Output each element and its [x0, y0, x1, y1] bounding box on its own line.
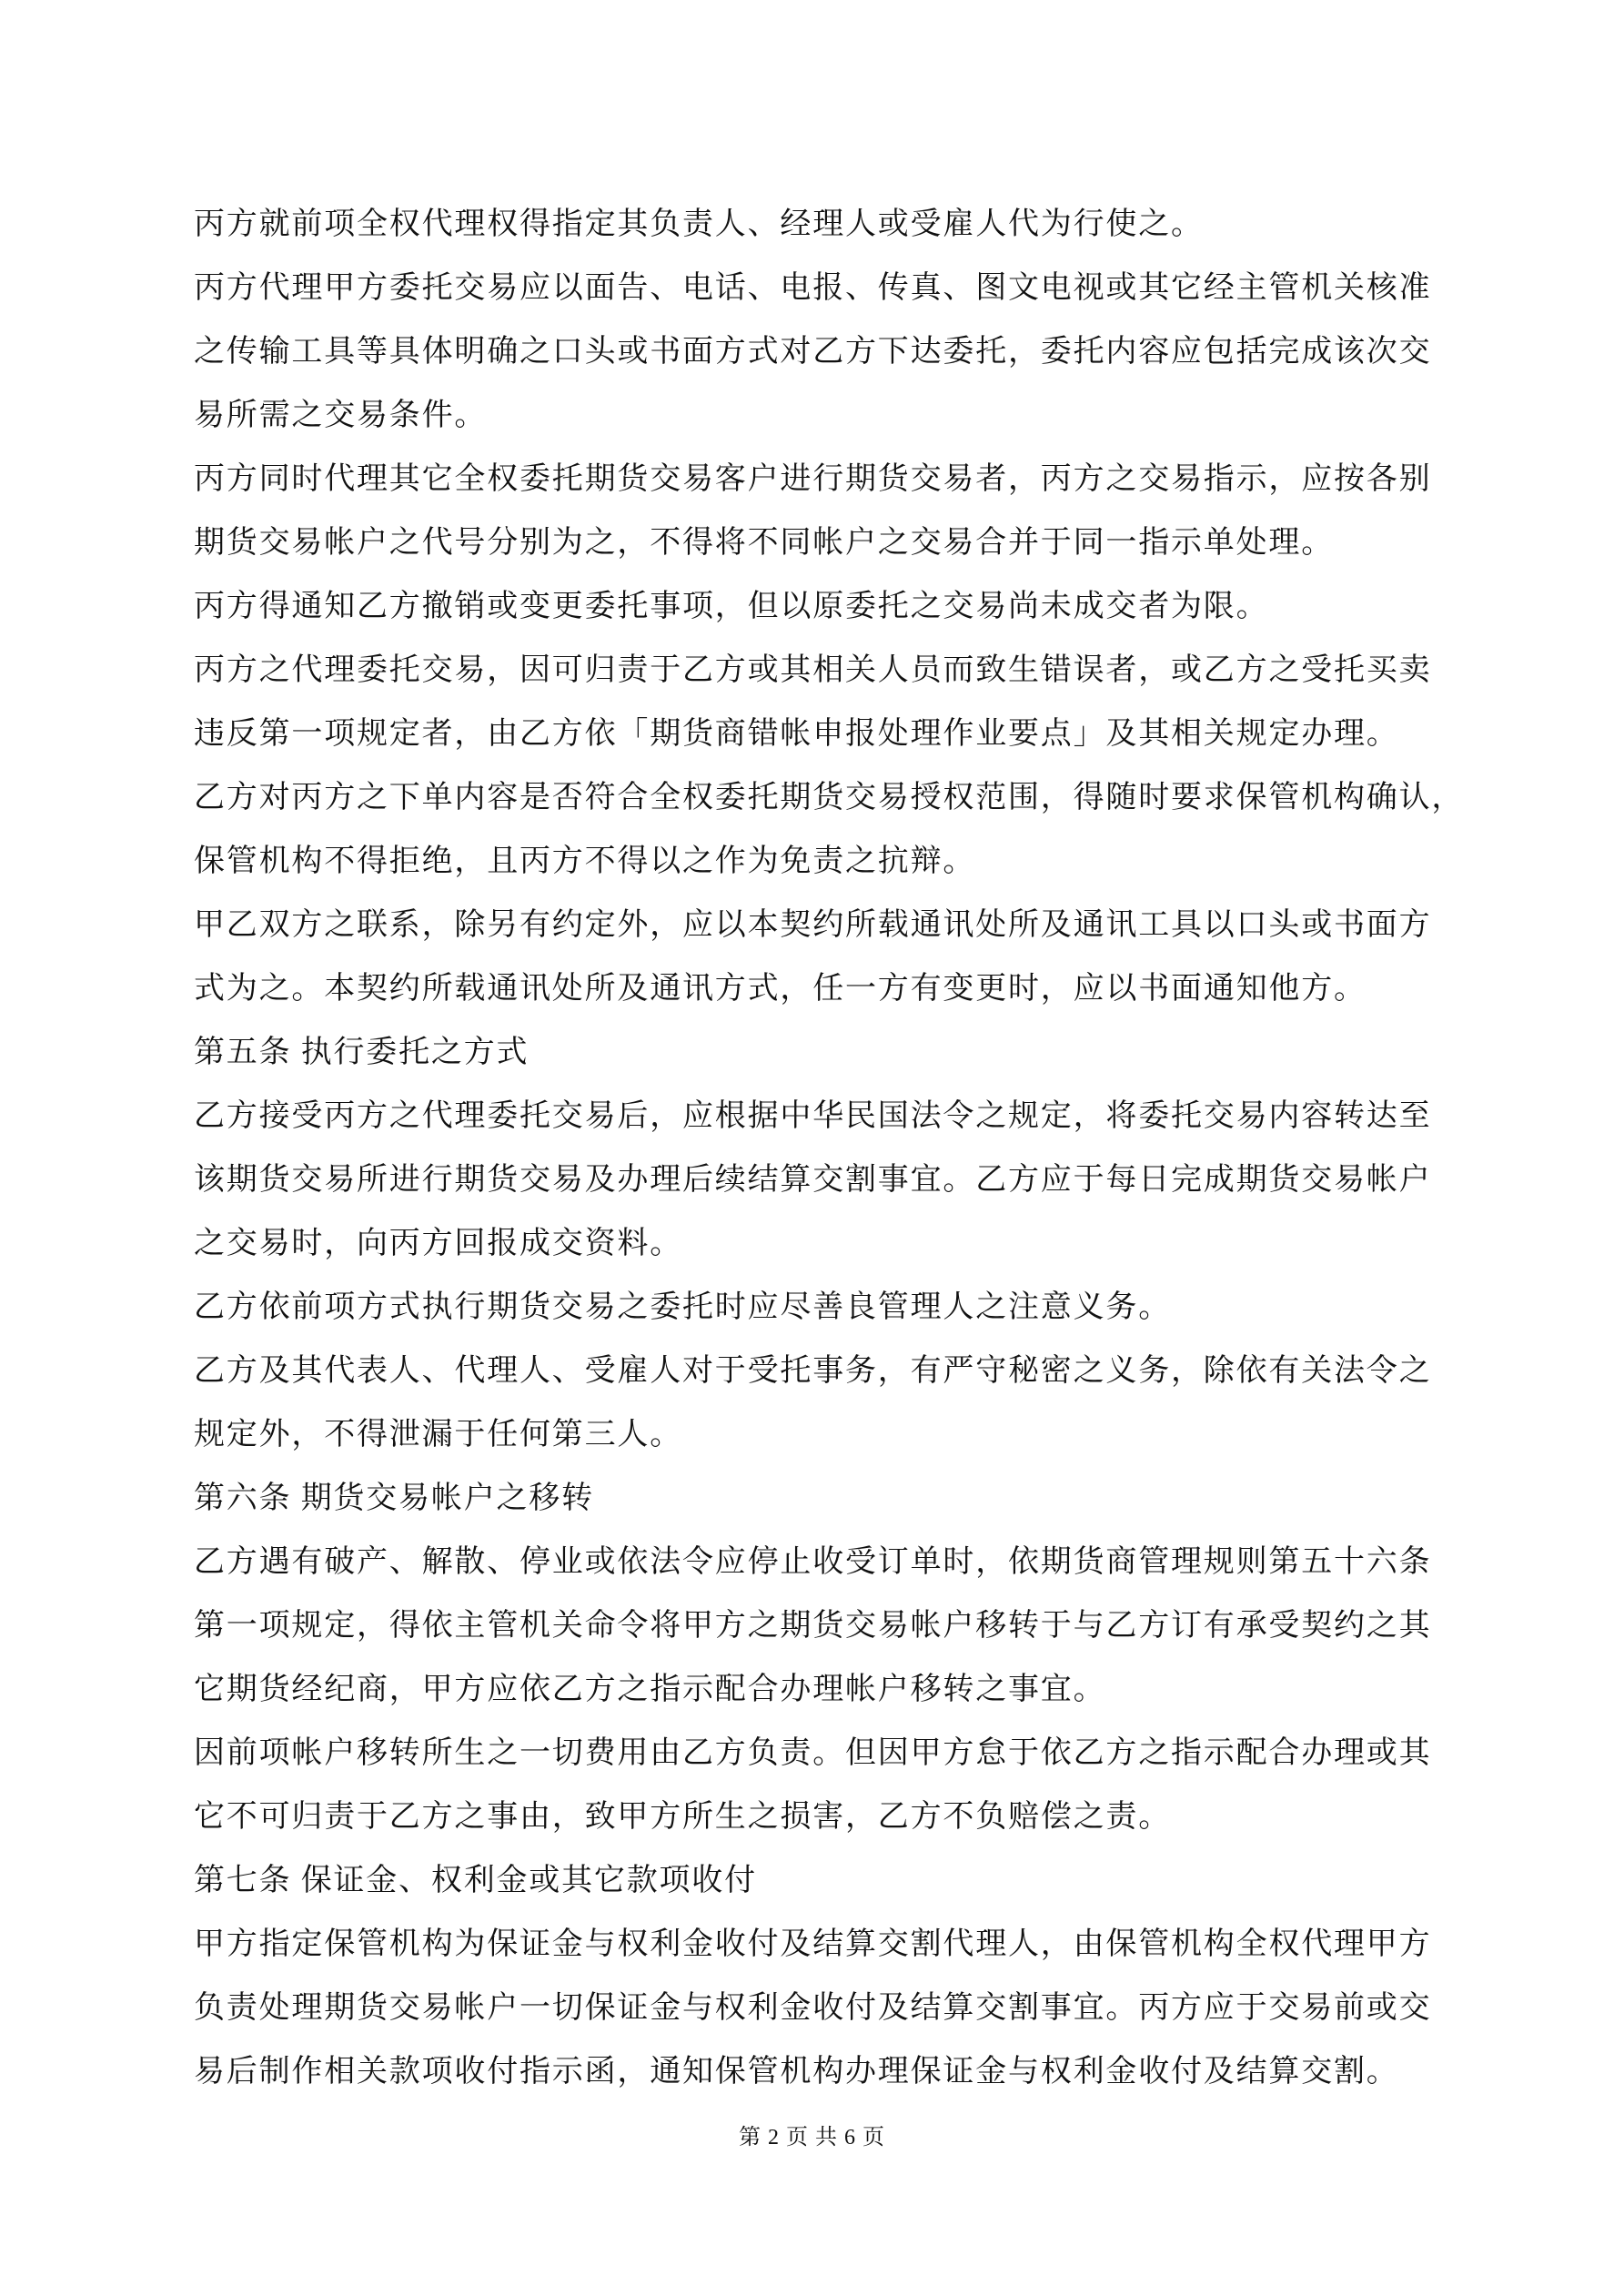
text-line: 易所需之交易条件。: [194, 384, 1436, 448]
text-line: 它不可归责于乙方之事由，致甲方所生之损害，乙方不负赔偿之责。: [194, 1785, 1436, 1849]
text-line: 之交易时，向丙方回报成交资料。: [194, 1212, 1436, 1276]
text-line: 丙方之代理委托交易，因可归责于乙方或其相关人员而致生错误者，或乙方之受托买卖: [194, 639, 1436, 703]
text-line: 丙方就前项全权代理权得指定其负责人、经理人或受雇人代为行使之。: [194, 193, 1436, 257]
document-page: 丙方就前项全权代理权得指定其负责人、经理人或受雇人代为行使之。丙方代理甲方委托交…: [0, 0, 1624, 2296]
text-line: 乙方遇有破产、解散、停业或依法令应停止收受订单时，依期货商管理规则第五十六条: [194, 1531, 1436, 1594]
text-line: 第五条 执行委托之方式: [194, 1021, 1436, 1085]
text-line: 因前项帐户移转所生之一切费用由乙方负责。但因甲方怠于依乙方之指示配合办理或其: [194, 1722, 1436, 1785]
text-line: 式为之。本契约所载通讯处所及通讯方式，任一方有变更时，应以书面通知他方。: [194, 957, 1436, 1021]
text-line: 保管机构不得拒绝，且丙方不得以之作为免责之抗辩。: [194, 830, 1436, 894]
text-line: 第一项规定，得依主管机关命令将甲方之期货交易帐户移转于与乙方订有承受契约之其: [194, 1594, 1436, 1658]
text-line: 该期货交易所进行期货交易及办理后续结算交割事宜。乙方应于每日完成期货交易帐户: [194, 1148, 1436, 1212]
text-line: 第七条 保证金、权利金或其它款项收付: [194, 1849, 1436, 1913]
text-line: 负责处理期货交易帐户一切保证金与权利金收付及结算交割事宜。丙方应于交易前或交: [194, 1977, 1436, 2040]
text-line: 规定外，不得泄漏于任何第三人。: [194, 1403, 1436, 1467]
text-line: 乙方及其代表人、代理人、受雇人对于受托事务，有严守秘密之义务，除依有关法令之: [194, 1340, 1436, 1403]
text-line: 乙方接受丙方之代理委托交易后，应根据中华民国法令之规定，将委托交易内容转达至: [194, 1085, 1436, 1148]
text-line: 丙方代理甲方委托交易应以面告、电话、电报、传真、图文电视或其它经主管机关核准: [194, 257, 1436, 320]
text-line: 期货交易帐户之代号分别为之，不得将不同帐户之交易合并于同一指示单处理。: [194, 511, 1436, 575]
text-line: 乙方对丙方之下单内容是否符合全权委托期货交易授权范围，得随时要求保管机构确认，: [194, 766, 1436, 830]
text-line: 第六条 期货交易帐户之移转: [194, 1467, 1436, 1531]
text-line: 甲乙双方之联系，除另有约定外，应以本契约所载通讯处所及通讯工具以口头或书面方: [194, 894, 1436, 957]
text-line: 它期货经纪商，甲方应依乙方之指示配合办理帐户移转之事宜。: [194, 1658, 1436, 1722]
text-line: 乙方依前项方式执行期货交易之委托时应尽善良管理人之注意义务。: [194, 1276, 1436, 1340]
text-line: 易后制作相关款项收付指示函，通知保管机构办理保证金与权利金收付及结算交割。: [194, 2040, 1436, 2104]
text-line: 之传输工具等具体明确之口头或书面方式对乙方下达委托，委托内容应包括完成该次交: [194, 320, 1436, 384]
page-footer: 第 2 页 共 6 页: [0, 2123, 1624, 2152]
text-line: 违反第一项规定者，由乙方依「期货商错帐申报处理作业要点」及其相关规定办理。: [194, 703, 1436, 766]
text-line: 丙方得通知乙方撤销或变更委托事项，但以原委托之交易尚未成交者为限。: [194, 575, 1436, 639]
text-line: 甲方指定保管机构为保证金与权利金收付及结算交割代理人，由保管机构全权代理甲方: [194, 1913, 1436, 1977]
text-line: 丙方同时代理其它全权委托期货交易客户进行期货交易者，丙方之交易指示，应按各别: [194, 448, 1436, 511]
contract-body: 丙方就前项全权代理权得指定其负责人、经理人或受雇人代为行使之。丙方代理甲方委托交…: [194, 193, 1436, 2104]
